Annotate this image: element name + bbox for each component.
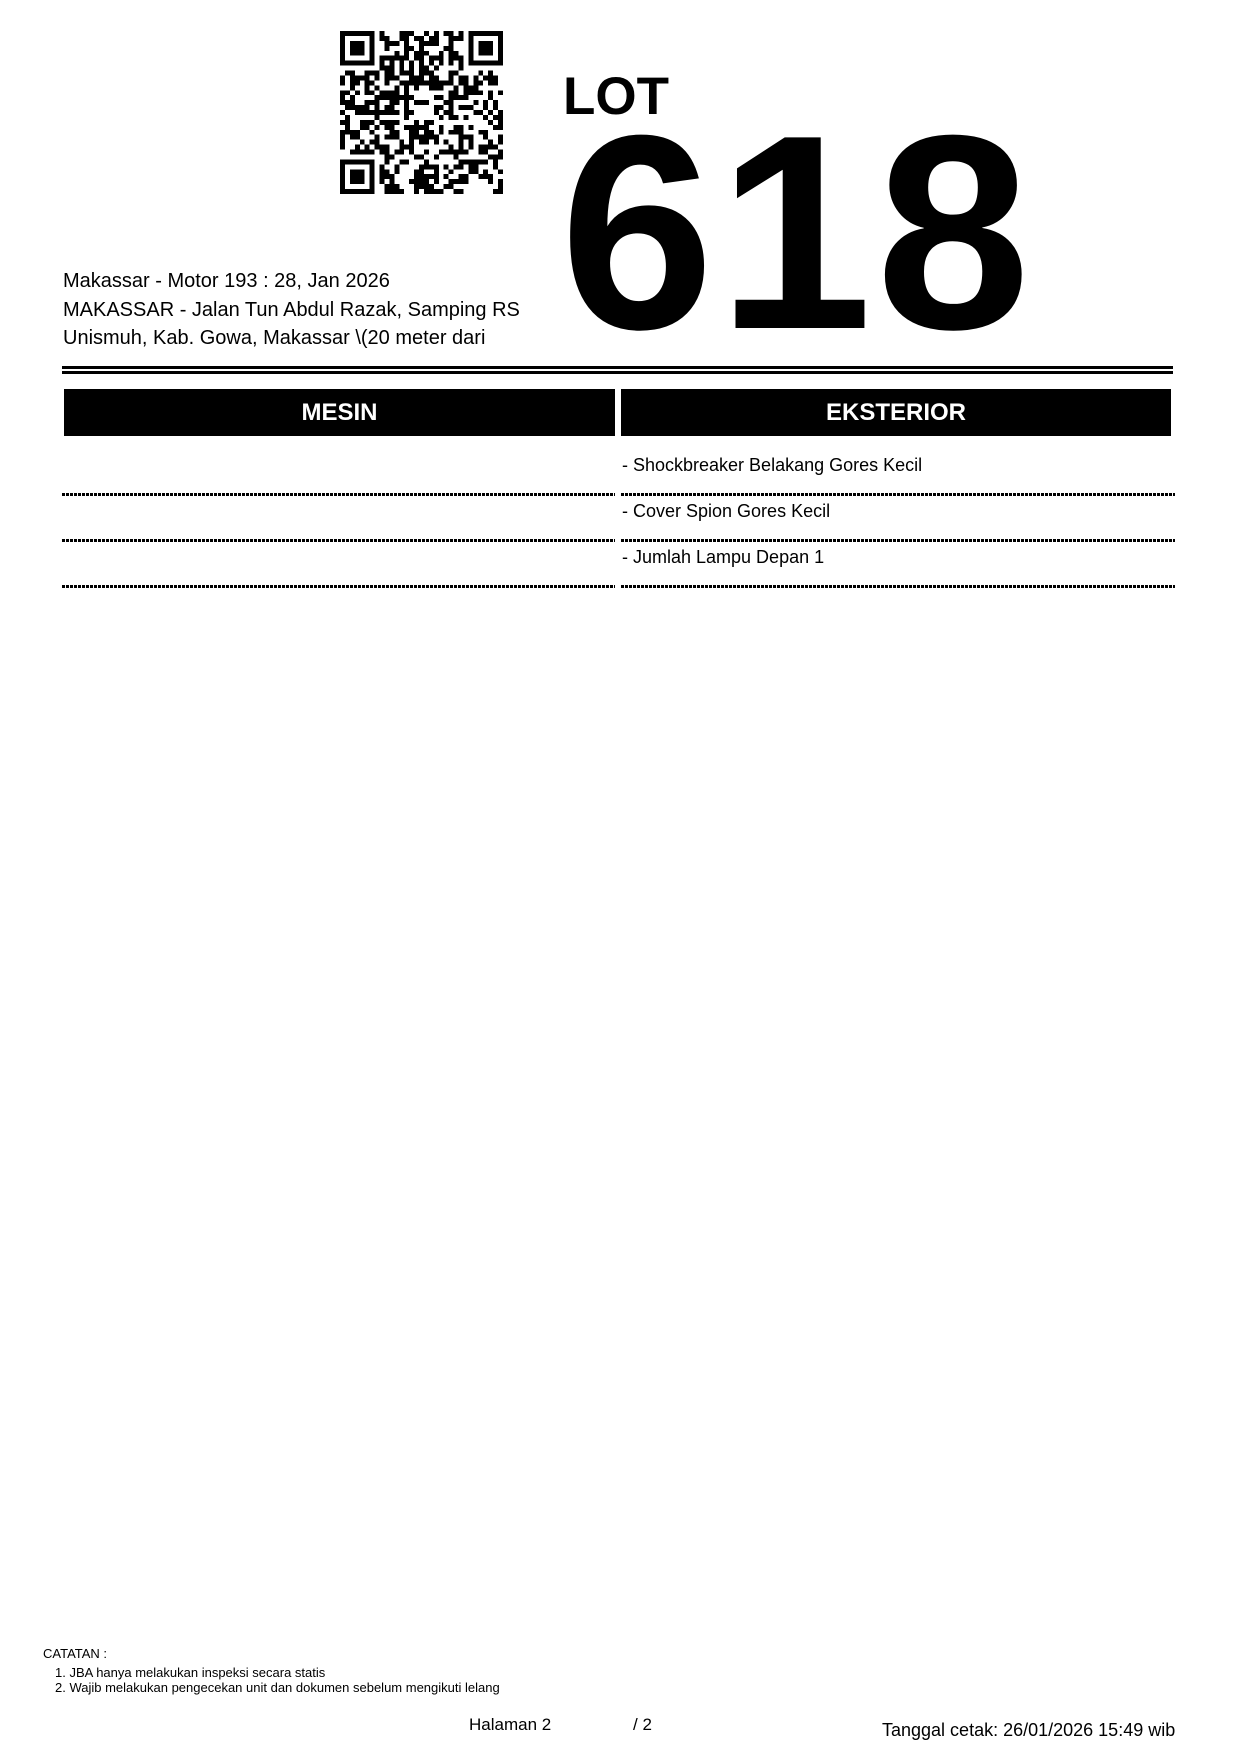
- divider: [62, 366, 1173, 369]
- row-separator: [62, 585, 615, 588]
- row-separator: [62, 493, 615, 496]
- address-line-2: Unismuh, Kab. Gowa, Makassar \(20 meter …: [63, 328, 563, 348]
- section-header-eksterior: EKSTERIOR: [621, 389, 1171, 436]
- note-item: 2. Wajib melakukan pengecekan unit dan d…: [55, 1680, 500, 1695]
- lot-number: 618: [560, 112, 1034, 352]
- page-number: Halaman 2: [469, 1715, 551, 1735]
- qr-code-icon: [340, 31, 503, 194]
- address-line-1: MAKASSAR - Jalan Tun Abdul Razak, Sampin…: [63, 300, 563, 320]
- eksterior-item: - Shockbreaker Belakang Gores Kecil: [622, 455, 922, 475]
- auction-info: Makassar - Motor 193 : 28, Jan 2026: [63, 271, 563, 291]
- row-separator: [621, 493, 1175, 496]
- notes-title: CATATAN :: [43, 1646, 107, 1661]
- row-separator: [621, 539, 1175, 542]
- print-date: Tanggal cetak: 26/01/2026 15:49 wib: [882, 1720, 1175, 1740]
- section-header-mesin: MESIN: [64, 389, 615, 436]
- row-separator: [621, 585, 1175, 588]
- row-separator: [62, 539, 615, 542]
- eksterior-item: - Jumlah Lampu Depan 1: [622, 547, 824, 567]
- note-item: 1. JBA hanya melakukan inspeksi secara s…: [55, 1665, 325, 1680]
- page-total: / 2: [633, 1715, 652, 1735]
- eksterior-item: - Cover Spion Gores Kecil: [622, 501, 830, 521]
- divider: [62, 371, 1173, 374]
